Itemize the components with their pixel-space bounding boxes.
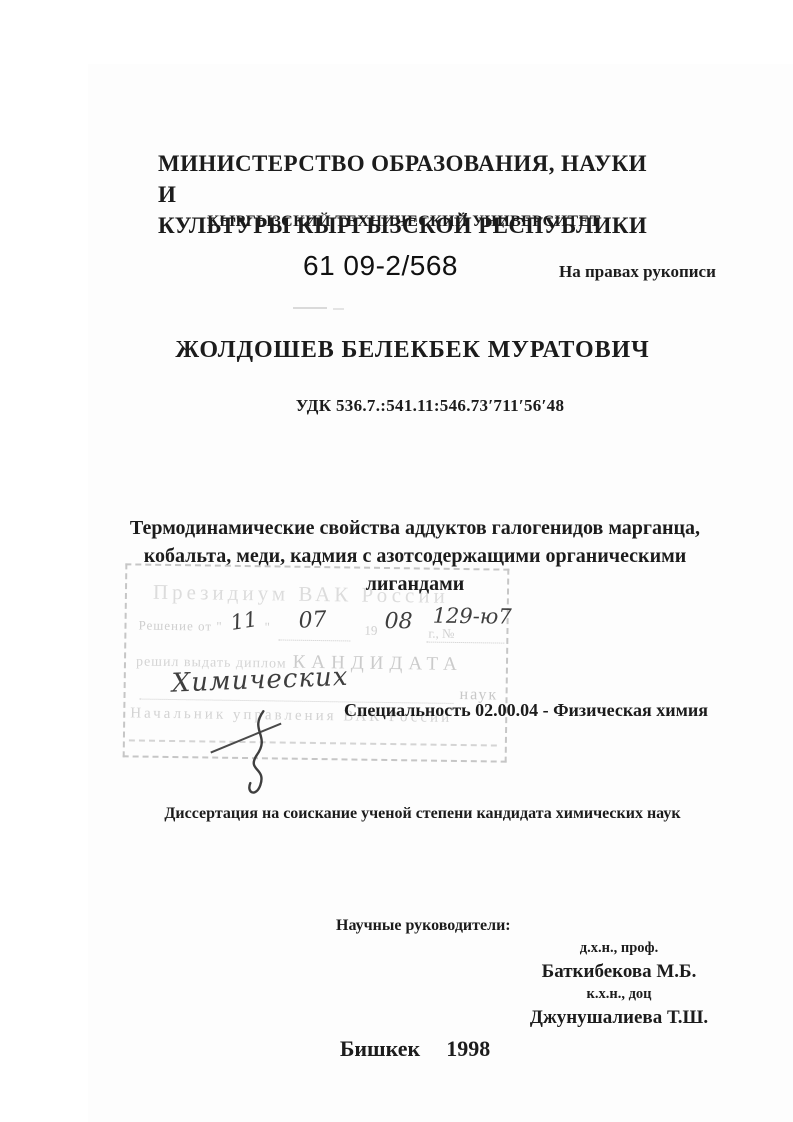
author-name: ЖОЛДОШЕВ БЕЛЕКБЕК МУРАТОВИЧ — [30, 337, 793, 364]
stamp-handwritten-year: 08 — [384, 609, 412, 634]
university-name: КЫРГЫЗСКИЙ ТЕХНИЧЕСКИЙ УНИВЕРСИТЕТ — [158, 213, 650, 231]
title-line1: Термодинамические свойства аддуктов гало… — [80, 514, 750, 542]
advisor2-degree: к.х.н., доц — [495, 984, 743, 1005]
catalog-number: 61 09-2/568 — [303, 250, 458, 282]
manuscript-rights-note: На правах рукописи — [559, 262, 716, 282]
stamp-decision-label: Решение от " — [138, 618, 222, 635]
dissertation-statement: Диссертация на соискание ученой степени … — [65, 805, 780, 823]
stamp-handwritten-day: 11 — [229, 607, 259, 635]
ministry-line1: МИНИСТЕРСТВО ОБРАЗОВАНИЯ, НАУКИ И — [158, 148, 650, 210]
advisor2-name: Джунушалиева Т.Ш. — [495, 1005, 743, 1030]
advisors-block: д.х.н., проф. Баткибекова М.Б. к.х.н., д… — [495, 938, 743, 1030]
footer-year: 1998 — [446, 1036, 490, 1061]
dissertation-title: Термодинамические свойства аддуктов гало… — [80, 514, 750, 598]
stamp-number-underline — [426, 642, 504, 644]
title-line3: лигандами — [80, 570, 750, 598]
stamp-month-underline — [278, 639, 350, 641]
footer-city: Бишкек — [340, 1036, 420, 1061]
stamp-handwritten-field: Химических — [171, 662, 349, 699]
scan-artifact-dash — [293, 307, 327, 309]
stamp-year-prefix: 19 — [364, 623, 377, 639]
stamp-quote-close: " — [264, 619, 270, 635]
scan-artifact-dash-small — [333, 308, 344, 310]
stamp-handwritten-month: 07 — [298, 607, 327, 634]
footer-city-year: Бишкек1998 — [45, 1036, 785, 1062]
advisor1-name: Баткибекова М.Б. — [495, 959, 743, 984]
advisors-heading: Научные руководители: — [336, 917, 511, 935]
stamp-number-label: г., № — [428, 626, 454, 642]
specialty-line: Специальность 02.00.04 - Физическая хими… — [344, 700, 708, 721]
dissertation-title-page: МИНИСТЕРСТВО ОБРАЗОВАНИЯ, НАУКИ И КУЛЬТУ… — [0, 0, 793, 1122]
signature-flourish — [204, 694, 316, 806]
advisor1-degree: д.х.н., проф. — [495, 938, 743, 959]
stamp-handwritten-number: 129-ю7 — [433, 604, 512, 629]
udc-code: УДК 536.7.:541.11:546.73′711′56′48 — [70, 396, 790, 416]
